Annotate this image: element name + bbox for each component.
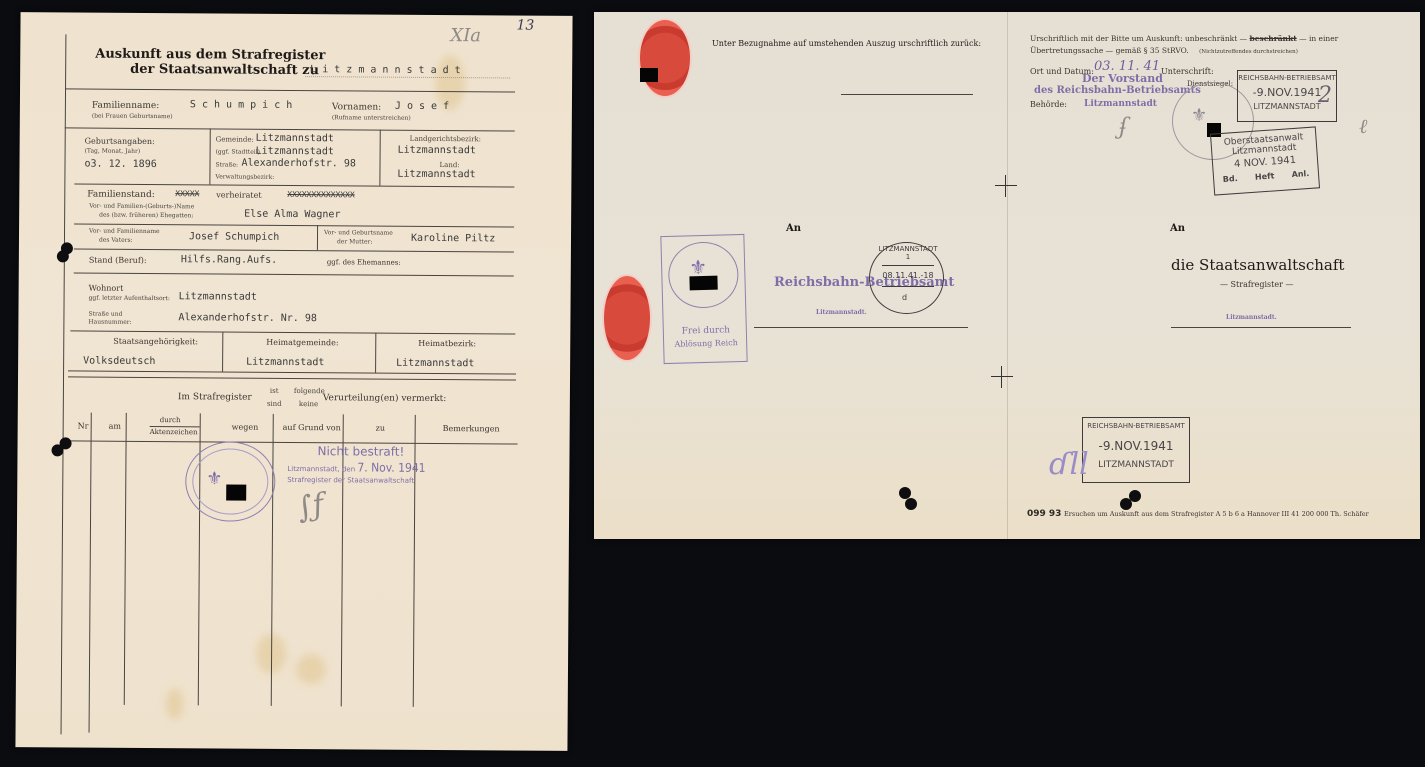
to-label-left: An [786, 223, 801, 234]
father-label: Vor- und Familienname [89, 228, 160, 235]
request-text-part: Übertretungssache — gemäß § 35 StRVO. [1030, 46, 1189, 55]
signature: ∫ƒ [294, 487, 326, 526]
return-note: Unter Bezugnahme auf umstehenden Auszug … [712, 39, 981, 48]
signature: ʄ [1119, 115, 1127, 140]
form-number: 099 93 [1027, 509, 1061, 519]
column-header: auf Grund von [283, 423, 341, 432]
page-number: 13 [516, 18, 534, 34]
fold-mark-icon [995, 175, 1017, 197]
request-text-part: Urschriftlich mit der Bitte um Auskunft:… [1030, 34, 1247, 43]
signature-line [841, 94, 973, 95]
stadtteil-value: Litzmannstadt [256, 146, 334, 158]
request-note: (Nichtzutreffendes durchstreichen) [1199, 49, 1298, 55]
birth-date-value: o3. 12. 1896 [84, 159, 156, 171]
board-stamp-line3: Litzmannstadt [1084, 99, 1157, 109]
volume-label: Bd. [1223, 174, 1238, 184]
mother-label: Vor- und Geburtsname [324, 229, 393, 236]
struck-option: beschränkt [1249, 34, 1296, 43]
struck-option: XXXXXXXXXXXXXX [287, 190, 354, 199]
column-header: zu [376, 424, 385, 433]
strasse-label: Straße: [215, 161, 238, 168]
verwaltung-label: Verwaltungsbezirk: [215, 173, 274, 180]
stamp-date: 7. Nov. 1941 [357, 460, 425, 474]
spouse-label: Vor- und Familien-(Geburts-)Name [89, 203, 194, 211]
pencil-mark: ℓ [1359, 114, 1367, 139]
stamp-line: Ablösung Reich [664, 338, 748, 349]
family-name-label: Familienname: [92, 101, 159, 111]
postmark-letter: d [902, 293, 907, 302]
landgericht-value: Litzmannstadt [398, 145, 476, 157]
home-district-value: Litzmannstadt [396, 358, 474, 370]
eagle-icon: ⚜ [206, 468, 222, 489]
request-text: Urschriftlich mit der Bitte um Auskunft:… [1030, 34, 1338, 43]
postage-paid-stamp: ⚜ Frei durch Ablösung Reich [660, 234, 747, 364]
punch-hole [57, 250, 69, 262]
censor-block [689, 276, 717, 291]
criminal-record-extract-page: XIa 13 Auskunft aus dem Strafregister de… [15, 12, 572, 751]
prosecutor-receipt-stamp: Oberstaatsanwalt Litzmannstadt 4 NOV. 19… [1210, 126, 1320, 195]
column-header: Nr [78, 421, 89, 430]
column-header: Aktenzeichen [150, 428, 198, 436]
citizenship-label: Staatsangehörigkeit: [113, 337, 198, 347]
paper-stain [166, 688, 184, 720]
postmark-date: 08.11.41.-18 [882, 265, 934, 287]
paper-stain [296, 654, 326, 684]
stamp-columns: Bd. Heft Anl. [1214, 168, 1318, 184]
landgericht-label: Landgerichtsbezirk: [410, 135, 481, 143]
punch-hole [905, 498, 917, 510]
red-wax-seal [638, 18, 692, 98]
postmark-ring-text: LITZMANNSTADT 1 [878, 245, 938, 261]
husband-label: ggf. des Ehemannes: [327, 258, 401, 267]
option-ist: ist [270, 387, 279, 395]
family-name-value: S c h u m p i c h [190, 99, 292, 111]
authority-label: Behörde: [1030, 100, 1067, 109]
punch-hole [1120, 498, 1132, 510]
addressee-right-sub: — Strafregister — [1220, 280, 1293, 289]
column-header: durch [160, 416, 181, 424]
addressee-right-city: Litzmannstadt. [1226, 314, 1277, 321]
home-district-label: Heimatbezirk: [418, 339, 476, 348]
censor-block [640, 68, 658, 82]
home-municipality-label: Heimatgemeinde: [266, 338, 338, 348]
purple-signature: ɗll [1049, 447, 1089, 482]
option-keine: keine [299, 400, 318, 408]
board-stamp-line2: des Reichsbahn-Betriebsamts [1034, 85, 1201, 96]
eagle-icon: ⚜ [1191, 105, 1207, 126]
residence-hint: ggf. letzter Aufenthaltsort: [89, 295, 170, 303]
option-folgende: folgende [294, 387, 325, 395]
fold-mark-icon [991, 366, 1013, 388]
column-header: am [109, 422, 121, 431]
board-stamp-line1: Der Vorstand [1082, 72, 1163, 85]
punch-hole [51, 444, 63, 456]
address-line [754, 327, 968, 328]
city-typed: L i t z m a n n s t a d t [310, 64, 461, 76]
marital-status-value: verheiratet [216, 190, 261, 199]
home-municipality-value: Litzmannstadt [246, 357, 324, 369]
margin-note: XIa [450, 25, 481, 46]
gemeinde-value: Litzmannstadt [256, 133, 334, 145]
request-text-line2: Übertretungssache — gemäß § 35 StRVO. (N… [1030, 46, 1298, 55]
citizenship-value: Volksdeutsch [83, 356, 155, 368]
not-convicted-stamp: Nicht bestraft! [317, 444, 404, 459]
father-value: Josef Schumpich [189, 231, 279, 243]
street-label: Straße und [88, 311, 122, 318]
attachment-label: Anl. [1291, 169, 1309, 179]
stamp-line: REICHSBAHN-BETRIEBSAMT [1238, 74, 1336, 82]
form-title-line2: der Staatsanwaltschaft zu [130, 62, 319, 78]
fold-line [1007, 12, 1008, 539]
birth-hint: (Tag, Monat, Jahr) [85, 148, 141, 155]
family-name-hint: (bei Frauen Geburtsname) [92, 113, 173, 121]
street-label-2: Hausnummer: [88, 319, 131, 326]
issue-label: Heft [1255, 171, 1275, 181]
land-label: Land: [439, 161, 459, 169]
signature-label: Unterschrift: [1161, 67, 1214, 76]
addressee-left-city: Litzmannstadt. [816, 309, 867, 316]
gemeinde-label: Gemeinde: [216, 135, 254, 143]
stamp-line: LITZMANNSTADT [1083, 460, 1189, 470]
handwritten-number: 2 [1318, 83, 1332, 108]
birth-label: Geburtsangaben: [85, 137, 155, 146]
addressee-right: die Staatsanwaltschaft [1171, 256, 1344, 274]
spouse-value: Else Alma Wagner [244, 209, 340, 221]
residence-value: Litzmannstadt [179, 291, 257, 303]
seal-inner-ring [192, 448, 268, 515]
postmark: LITZMANNSTADT 1 08.11.41.-18 d [869, 242, 944, 314]
address-line [1171, 327, 1351, 328]
form-title: Auskunft aus dem Strafregister [95, 47, 325, 64]
residence-label: Wohnort [89, 284, 124, 293]
request-text-part: — in einer [1299, 34, 1338, 43]
first-name-label: Vornamen: [332, 102, 381, 112]
occupation-label: Stand (Beruf): [89, 256, 147, 265]
railway-office-date-stamp: REICHSBAHN-BETRIEBSAMT -9.NOV.1941 LITZM… [1237, 70, 1337, 122]
to-label-right: An [1170, 223, 1185, 234]
first-name-value: J o s e f [395, 101, 449, 112]
left-border-line [61, 34, 67, 734]
mother-value: Karoline Piltz [411, 233, 495, 245]
railway-office-receipt-stamp: REICHSBAHN-BETRIEBSAMT -9.NOV.1941 LITZM… [1082, 417, 1190, 483]
father-label-2: des Vaters: [99, 237, 133, 244]
column-header: Bemerkungen [443, 424, 500, 433]
mother-label-2: der Mutter: [337, 238, 372, 245]
stamp-line: REICHSBAHN-BETRIEBSAMT [1083, 422, 1189, 430]
red-wax-seal [602, 274, 652, 362]
seal-ring: ⚜ [668, 241, 740, 309]
stamp-line: Frei durch [664, 325, 748, 337]
strasse-value: Alexanderhofstr. 98 [241, 158, 355, 170]
censor-block [226, 485, 246, 501]
option-sind: sind [267, 400, 282, 408]
form-footer: Ersuchen um Auskunft aus dem Strafregist… [1064, 510, 1369, 518]
register-sentence-end: Verurteilung(en) vermerkt: [323, 393, 447, 404]
first-name-hint: (Rufname unterstreichen) [332, 114, 411, 122]
spouse-label-2: des (bzw. früheren) Ehegatten: [99, 212, 193, 220]
land-value: Litzmannstadt [397, 169, 475, 181]
request-form-page: Unter Bezugnahme auf umstehenden Auszug … [594, 12, 1420, 539]
stamp-place: Litzmannstadt, den [287, 465, 355, 473]
round-official-seal: ⚜ [185, 441, 276, 522]
stamp-office: Strafregister der Staatsanwaltschaft [287, 476, 414, 485]
marital-status-label: Familienstand: [87, 190, 155, 200]
stamp-date: -9.NOV.1941 [1083, 439, 1189, 453]
column-header: wegen [232, 423, 259, 432]
register-sentence: Im Strafregister [178, 392, 252, 403]
street-value: Alexanderhofstr. Nr. 98 [178, 312, 317, 324]
struck-option: XXXXX [175, 189, 199, 198]
occupation-value: Hilfs.Rang.Aufs. [181, 254, 277, 266]
stadtteil-label: (ggf. Stadtteil) [216, 148, 260, 155]
